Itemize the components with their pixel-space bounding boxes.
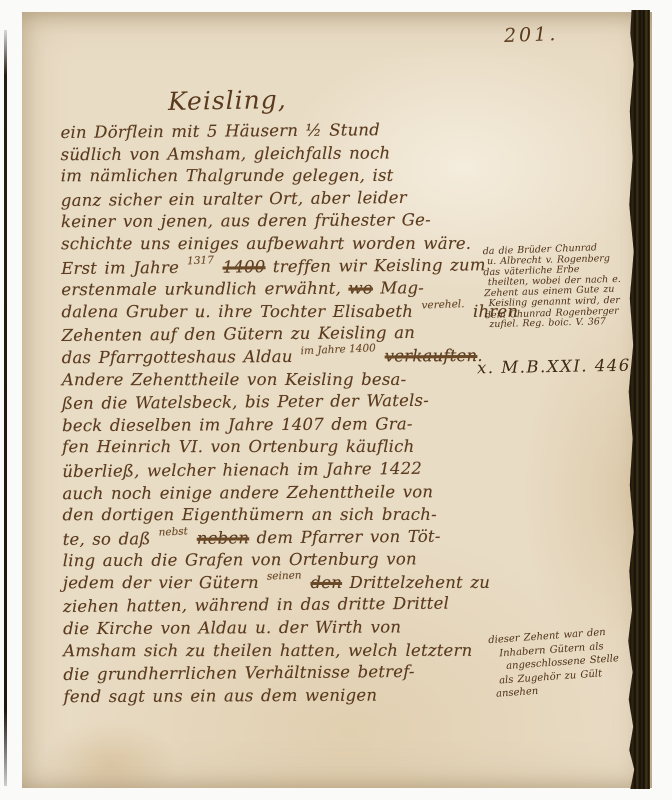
manuscript-line: schichte uns einiges aufbewahrt worden w… xyxy=(61,233,513,256)
manuscript-line: fen Heinrich VI. von Ortenburg käuflich xyxy=(62,436,514,459)
manuscript-line: keiner von jenen, aus deren frühester Ge… xyxy=(61,209,513,234)
citation-reference: x. M.B.XXI. 446 xyxy=(477,356,631,378)
strikethrough-correction: verkauften xyxy=(385,346,478,365)
strikethrough-correction: wo xyxy=(348,279,373,298)
interlinear-insertion: seinen xyxy=(267,564,302,588)
manuscript-body: ein Dörflein mit 5 Häusern ½ Stundsüdlic… xyxy=(60,119,515,709)
manuscript-line: jedem der vier Gütern seinen den Drittel… xyxy=(63,572,515,595)
scanned-manuscript: 201. Keisling, ein Dörflein mit 5 Häuser… xyxy=(0,0,672,800)
manuscript-line: das Pfarrgotteshaus Aldau im Jahre 1400 … xyxy=(62,345,514,370)
manuscript-line: te, so daß nebst neben dem Pfarrer von T… xyxy=(63,525,515,552)
manuscript-line: ein Dörflein mit 5 Häusern ½ Stund xyxy=(60,118,512,145)
manuscript-line: Amsham sich zu theilen hatten, welch let… xyxy=(63,639,515,662)
manuscript-line: die grundherrlichen Verhältnisse betref- xyxy=(63,660,515,687)
interlinear-insertion: nebst xyxy=(159,520,189,544)
page-number: 201. xyxy=(504,23,559,47)
manuscript-line: auch noch einige andere Zehenttheile von xyxy=(62,480,514,505)
manuscript-line: im nämlichen Thalgrunde gelegen, ist xyxy=(61,165,513,188)
manuscript-line: Zehenten auf den Gütern zu Keisling an xyxy=(61,321,513,348)
manuscript-line: ziehen hatten, während in das dritte Dri… xyxy=(63,592,515,619)
manuscript-line: die Kirche von Aldau u. der Wirth von xyxy=(63,616,515,641)
manuscript-line: dalena Gruber u. ihre Tochter Elisabeth … xyxy=(61,301,513,324)
manuscript-line: ganz sicher ein uralter Ort, aber leider xyxy=(61,186,513,213)
entry-title: Keisling, xyxy=(168,85,287,116)
manuscript-line: überließ, welcher hienach im Jahre 1422 xyxy=(62,457,514,484)
strikethrough-correction: den xyxy=(310,573,342,592)
strikethrough-correction: neben xyxy=(197,528,250,547)
manuscript-page: 201. Keisling, ein Dörflein mit 5 Häuser… xyxy=(22,12,652,788)
strikethrough-correction: 1400 xyxy=(223,257,266,276)
manuscript-line: Erst im Jahre 1317 1400 treffen wir Keis… xyxy=(61,254,513,281)
manuscript-line: fend sagt uns ein aus dem wenigen xyxy=(63,684,515,709)
interlinear-insertion: 1317 xyxy=(187,249,215,273)
interlinear-insertion: im Jahre 1400 xyxy=(301,337,377,363)
manuscript-line: südlich von Amsham, gleichfalls noch xyxy=(61,141,513,166)
interlinear-insertion: verehel. xyxy=(421,293,465,317)
scan-edge-line xyxy=(4,30,7,786)
manuscript-line: beck dieselben im Jahre 1407 dem Gra- xyxy=(62,413,514,438)
manuscript-line: ßen die Watelsbeck, bis Peter der Watels… xyxy=(62,389,514,416)
manuscript-line: den dortigen Eigenthümern an sich brach- xyxy=(63,504,515,527)
manuscript-line: Andere Zehenttheile von Keisling besa- xyxy=(62,368,514,391)
